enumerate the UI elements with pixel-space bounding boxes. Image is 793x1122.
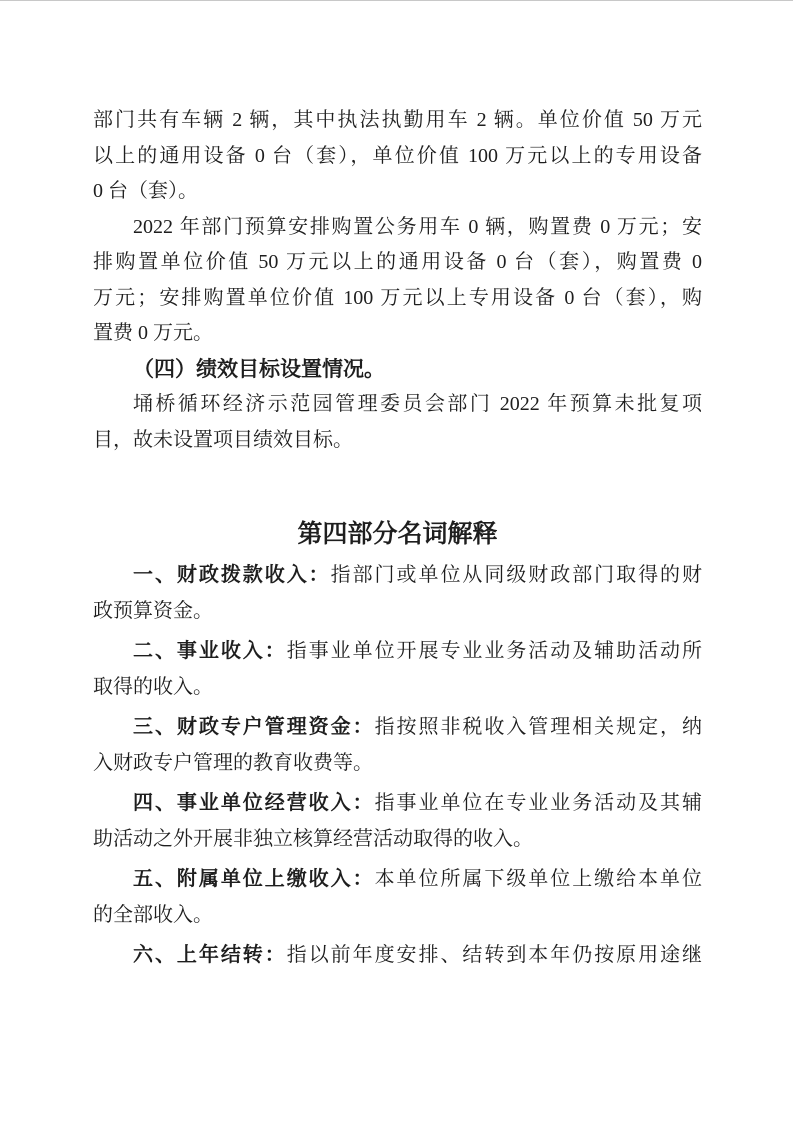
text-line: 以上的通用设备 0 台（套），单位价值 100 万元以上的专用设备 bbox=[93, 139, 702, 175]
text-line: 目，故未设置项目绩效目标。 bbox=[93, 423, 702, 459]
para-performance-goal: 埇桥循环经济示范园管理委员会部门 2022 年预算未批复项目，故未设置项目绩效目… bbox=[93, 387, 702, 458]
para-fleet-equipment: 部门共有车辆 2 辆，其中执法执勤用车 2 辆。单位价值 50 万元以上的通用设… bbox=[93, 103, 702, 210]
text-line: 政预算资金。 bbox=[93, 593, 702, 629]
para-2022-procurement: 2022 年部门预算安排购置公务用车 0 辆，购置费 0 万元；安排购置单位价值… bbox=[93, 210, 702, 352]
bold-text-segment: 四、事业单位经营收入： bbox=[133, 792, 375, 814]
text-line: 二、事业收入：指事业单位开展专业业务活动及辅助活动所 bbox=[93, 633, 702, 669]
text-line: 万元；安排购置单位价值 100 万元以上专用设备 0 台（套），购 bbox=[93, 281, 702, 317]
text-segment: 置费 0 万元。 bbox=[93, 322, 213, 344]
text-segment: 入财政专户管理的教育收费等。 bbox=[93, 752, 373, 774]
text-line: 取得的收入。 bbox=[93, 669, 702, 705]
page-content: 部门共有车辆 2 辆，其中执法执勤用车 2 辆。单位价值 50 万元以上的通用设… bbox=[93, 103, 702, 977]
def-business-income: 二、事业收入：指事业单位开展专业业务活动及辅助活动所取得的收入。 bbox=[93, 633, 702, 705]
bold-text-segment: 三、财政专户管理资金： bbox=[133, 716, 375, 738]
text-line: 埇桥循环经济示范园管理委员会部门 2022 年预算未批复项 bbox=[93, 387, 702, 423]
text-line: （四）绩效目标设置情况。 bbox=[93, 352, 702, 388]
bold-text-segment: 第四部分名词解释 bbox=[297, 520, 497, 548]
heading-performance-goal: （四）绩效目标设置情况。 bbox=[93, 352, 702, 388]
text-line: 置费 0 万元。 bbox=[93, 316, 702, 352]
text-line: 部门共有车辆 2 辆，其中执法执勤用车 2 辆。单位价值 50 万元 bbox=[93, 103, 702, 139]
bold-text-segment: 二、事业收入： bbox=[133, 640, 287, 662]
bold-text-segment: 五、附属单位上缴收入： bbox=[133, 868, 375, 890]
text-line: 一、财政拨款收入：指部门或单位从同级财政部门取得的财 bbox=[93, 557, 702, 593]
text-line: 0 台（套）。 bbox=[93, 174, 702, 210]
text-segment: 指以前年度安排、结转到本年仍按原用途继 bbox=[287, 944, 702, 966]
text-segment: 指按照非税收入管理相关规定，纳 bbox=[375, 716, 702, 738]
text-line: 排购置单位价值 50 万元以上的通用设备 0 台（套），购置费 0 bbox=[93, 245, 702, 281]
text-segment: 目，故未设置项目绩效目标。 bbox=[93, 429, 353, 451]
bold-text-segment: 一、财政拨款收入： bbox=[133, 564, 331, 586]
text-segment: 取得的收入。 bbox=[93, 676, 213, 698]
def-fiscal-special-account-funds: 三、财政专户管理资金：指按照非税收入管理相关规定，纳入财政专户管理的教育收费等。 bbox=[93, 709, 702, 781]
def-subordinate-unit-remittance: 五、附属单位上缴收入：本单位所属下级单位上缴给本单位的全部收入。 bbox=[93, 861, 702, 933]
text-line: 三、财政专户管理资金：指按照非税收入管理相关规定，纳 bbox=[93, 709, 702, 745]
text-segment: 部门共有车辆 2 辆，其中执法执勤用车 2 辆。单位价值 50 万元 bbox=[93, 109, 702, 131]
text-line: 助活动之外开展非独立核算经营活动取得的收入。 bbox=[93, 821, 702, 857]
text-line: 2022 年部门预算安排购置公务用车 0 辆，购置费 0 万元；安 bbox=[93, 210, 702, 246]
text-segment: 指事业单位开展专业业务活动及辅助活动所 bbox=[287, 640, 702, 662]
text-line: 的全部收入。 bbox=[93, 897, 702, 933]
text-segment: 的全部收入。 bbox=[93, 904, 213, 926]
text-segment: 助活动之外开展非独立核算经营活动取得的收入。 bbox=[93, 828, 533, 850]
text-line: 六、上年结转：指以前年度安排、结转到本年仍按原用途继 bbox=[93, 937, 702, 973]
text-segment: 万元；安排购置单位价值 100 万元以上专用设备 0 台（套），购 bbox=[93, 287, 702, 309]
text-line: 四、事业单位经营收入：指事业单位在专业业务活动及其辅 bbox=[93, 785, 702, 821]
text-segment: 政预算资金。 bbox=[93, 600, 213, 622]
text-segment: 埇桥循环经济示范园管理委员会部门 2022 年预算未批复项 bbox=[133, 393, 702, 415]
text-line: 第四部分名词解释 bbox=[93, 514, 702, 555]
bold-text-segment: （四）绩效目标设置情况。 bbox=[133, 358, 385, 381]
text-segment: 排购置单位价值 50 万元以上的通用设备 0 台（套），购置费 0 bbox=[93, 251, 702, 273]
def-fiscal-appropriation-income: 一、财政拨款收入：指部门或单位从同级财政部门取得的财政预算资金。 bbox=[93, 557, 702, 629]
text-segment: 本单位所属下级单位上缴给本单位 bbox=[375, 868, 702, 890]
section-title-part4: 第四部分名词解释 bbox=[93, 514, 702, 555]
text-segment: 以上的通用设备 0 台（套），单位价值 100 万元以上的专用设备 bbox=[93, 145, 702, 167]
text-segment: 指部门或单位从同级财政部门取得的财 bbox=[331, 564, 702, 586]
document-page: 部门共有车辆 2 辆，其中执法执勤用车 2 辆。单位价值 50 万元以上的通用设… bbox=[0, 0, 793, 1122]
bold-text-segment: 六、上年结转： bbox=[133, 944, 287, 966]
text-segment: 2022 年部门预算安排购置公务用车 0 辆，购置费 0 万元；安 bbox=[133, 216, 702, 238]
def-carryover-previous-year: 六、上年结转：指以前年度安排、结转到本年仍按原用途继 bbox=[93, 937, 702, 973]
text-segment: 指事业单位在专业业务活动及其辅 bbox=[375, 792, 702, 814]
def-business-operating-income: 四、事业单位经营收入：指事业单位在专业业务活动及其辅助活动之外开展非独立核算经营… bbox=[93, 785, 702, 857]
text-segment: 0 台（套）。 bbox=[93, 180, 198, 202]
text-line: 五、附属单位上缴收入：本单位所属下级单位上缴给本单位 bbox=[93, 861, 702, 897]
text-line: 入财政专户管理的教育收费等。 bbox=[93, 745, 702, 781]
